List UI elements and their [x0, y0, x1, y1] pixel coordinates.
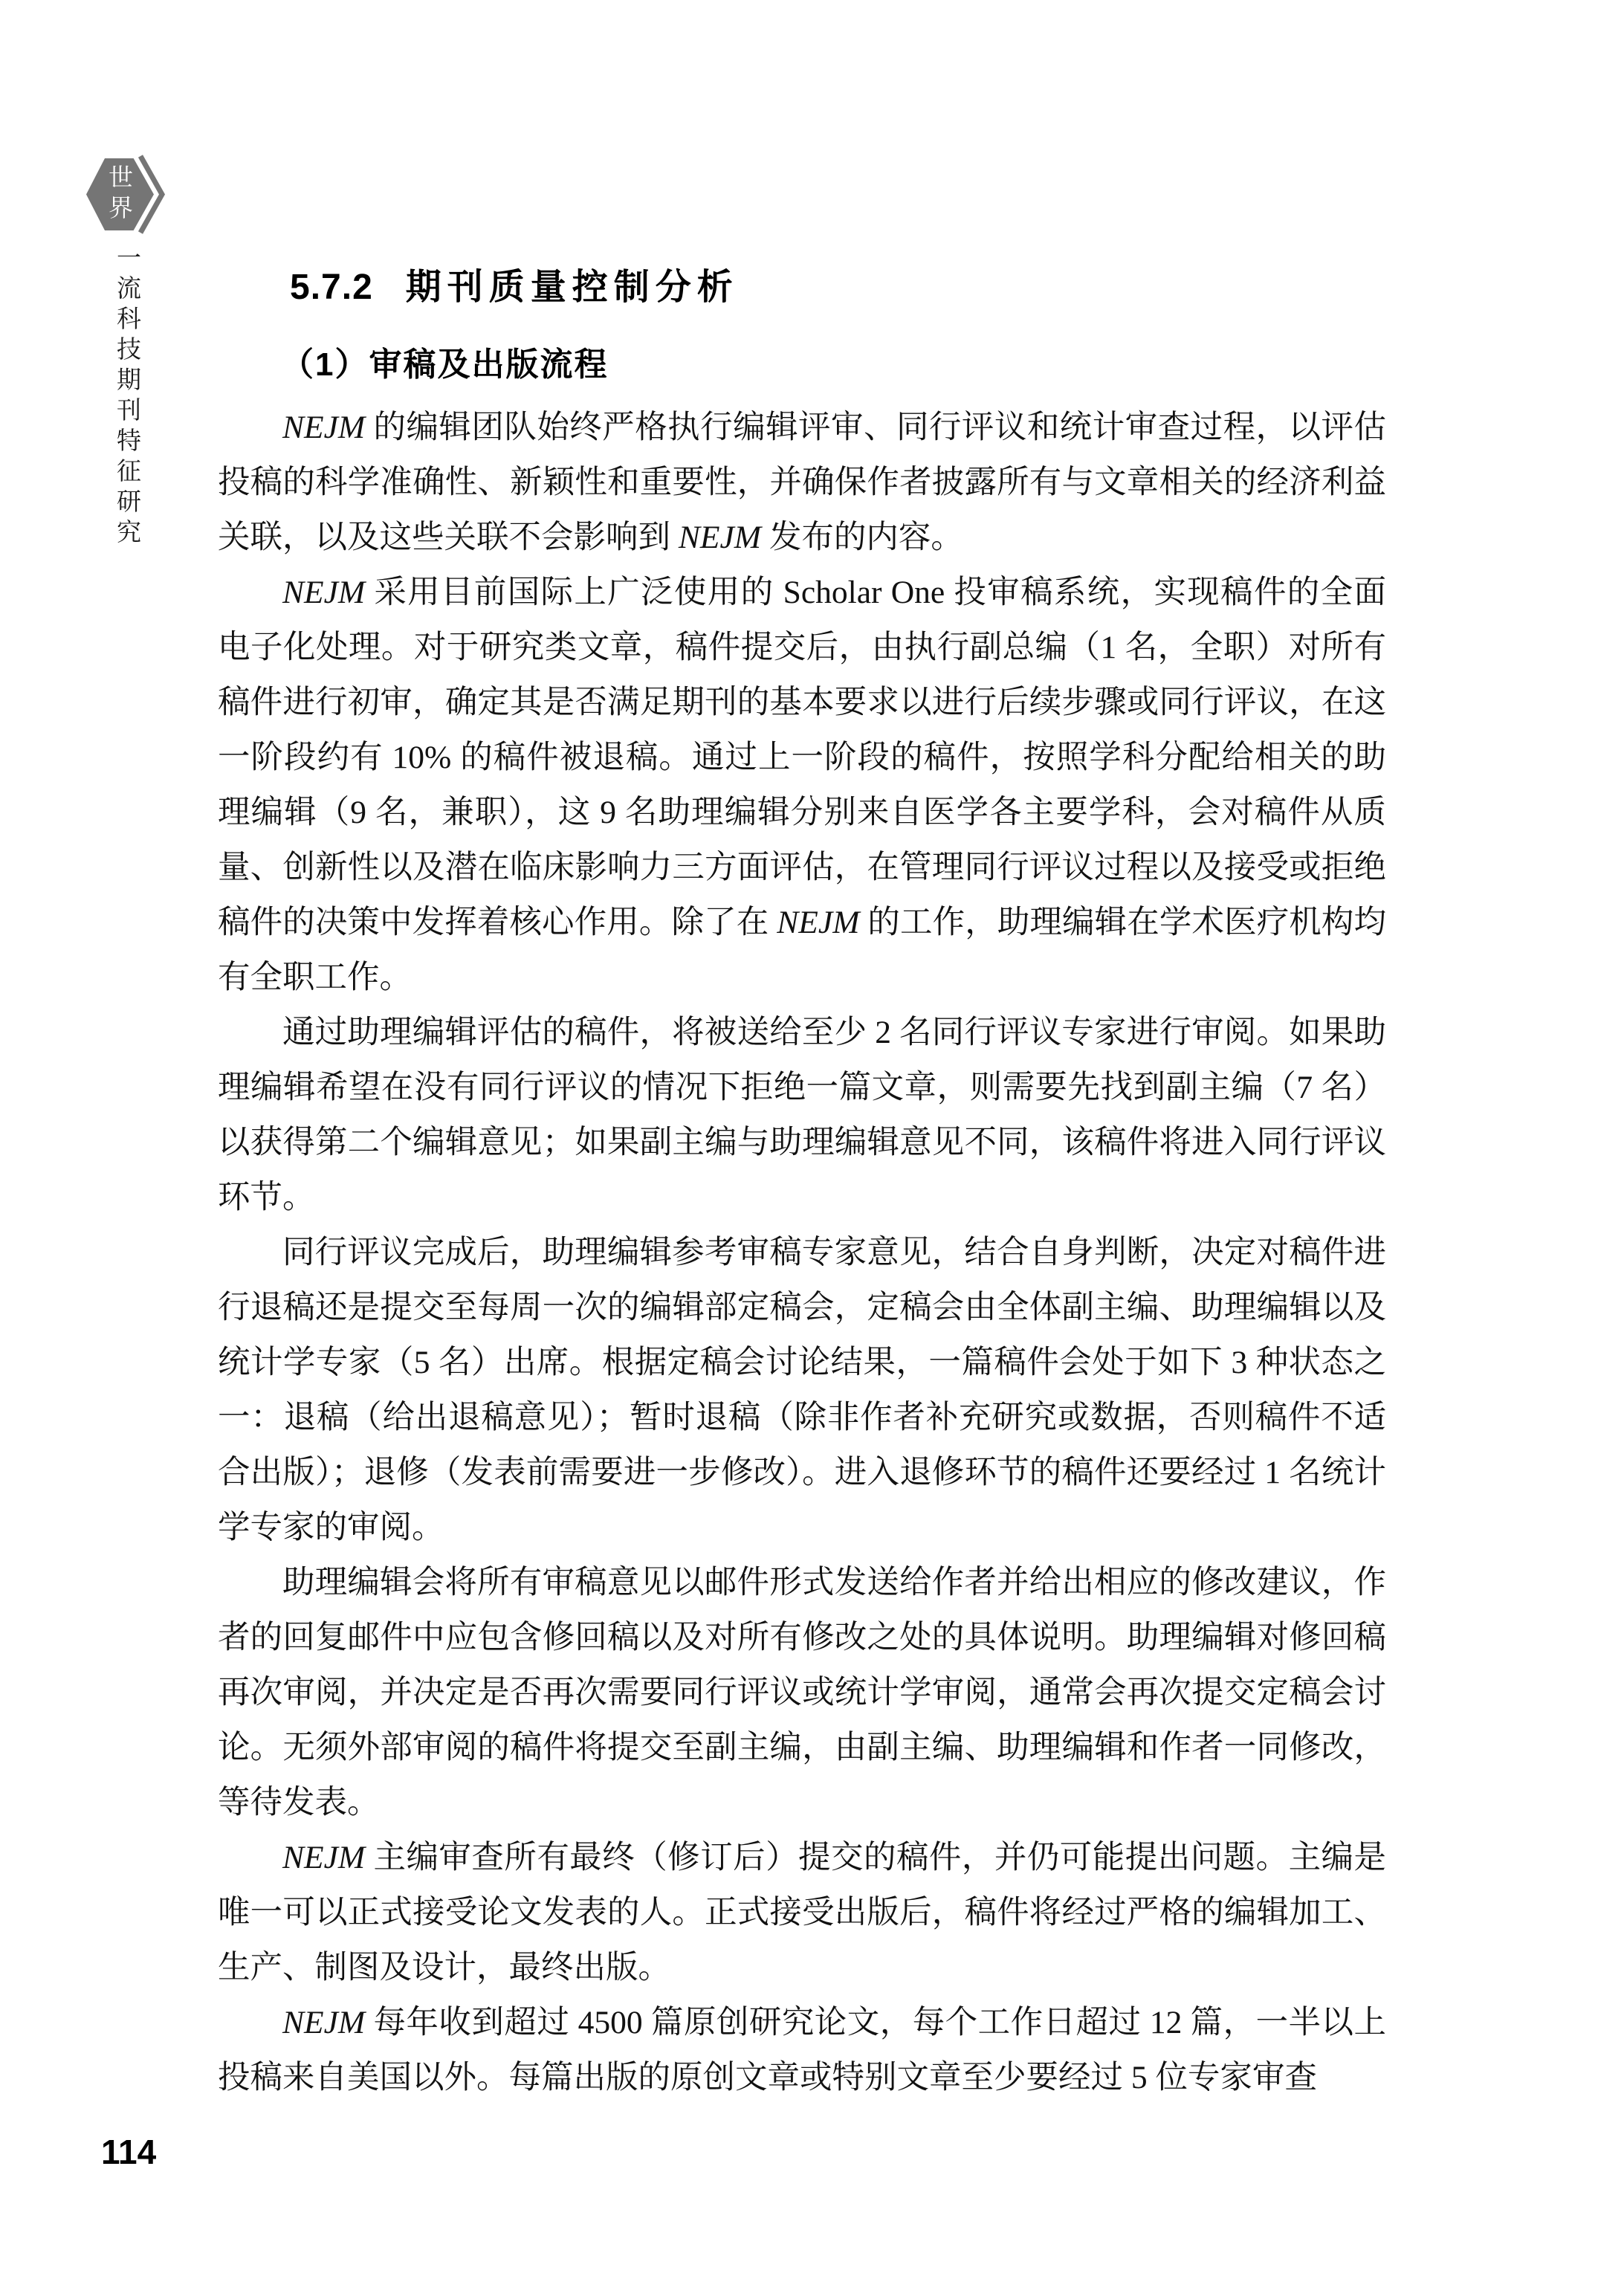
section-title: 期刊质量控制分析: [406, 268, 739, 307]
subsection-heading: （1）审稿及出版流程: [281, 349, 608, 381]
page-number: 114: [101, 2135, 156, 2169]
journal-name: NEJM: [777, 905, 859, 940]
journal-name: NEJM: [282, 410, 365, 445]
edge-badge: 世界: [86, 158, 165, 230]
journal-name: NEJM: [282, 2005, 365, 2040]
badge-label: 世界: [107, 164, 135, 224]
body-paragraph: NEJM 每年收到超过 4500 篇原创研究论文，每个工作日超过 12 篇，一半…: [218, 1995, 1386, 2105]
journal-name: NEJM: [679, 520, 761, 555]
body-paragraph: 助理编辑会将所有审稿意见以邮件形式发送给作者并给出相应的修改建议，作者的回复邮件…: [218, 1555, 1386, 1830]
journal-name: NEJM: [282, 575, 365, 610]
body-paragraph: 同行评议完成后，助理编辑参考审稿专家意见，结合自身判断，决定对稿件进行退稿还是提…: [218, 1225, 1386, 1555]
paragraphs: NEJM 的编辑团队始终严格执行编辑评审、同行评议和统计审查过程，以评估投稿的科…: [218, 400, 1386, 2105]
body-paragraph: 通过助理编辑评估的稿件，将被送给至少 2 名同行评议专家进行审阅。如果助理编辑希…: [218, 1005, 1386, 1225]
body-paragraph: NEJM 采用目前国际上广泛使用的 Scholar One 投审稿系统，实现稿件…: [218, 565, 1386, 1005]
body-paragraph: NEJM 的编辑团队始终严格执行编辑评审、同行评议和统计审查过程，以评估投稿的科…: [218, 400, 1386, 565]
section-heading: 5.7.2期刊质量控制分析: [290, 270, 739, 306]
journal-name: NEJM: [282, 1840, 365, 1875]
sidebar-book-title: 一流科技期刊特征研究: [109, 245, 144, 549]
section-number: 5.7.2: [290, 268, 373, 307]
body-paragraph: NEJM 主编审查所有最终（修订后）提交的稿件，并仍可能提出问题。主编是唯一可以…: [218, 1830, 1386, 1995]
book-page: 世界 一流科技期刊特征研究 5.7.2期刊质量控制分析 （1）审稿及出版流程 N…: [0, 0, 1624, 2282]
